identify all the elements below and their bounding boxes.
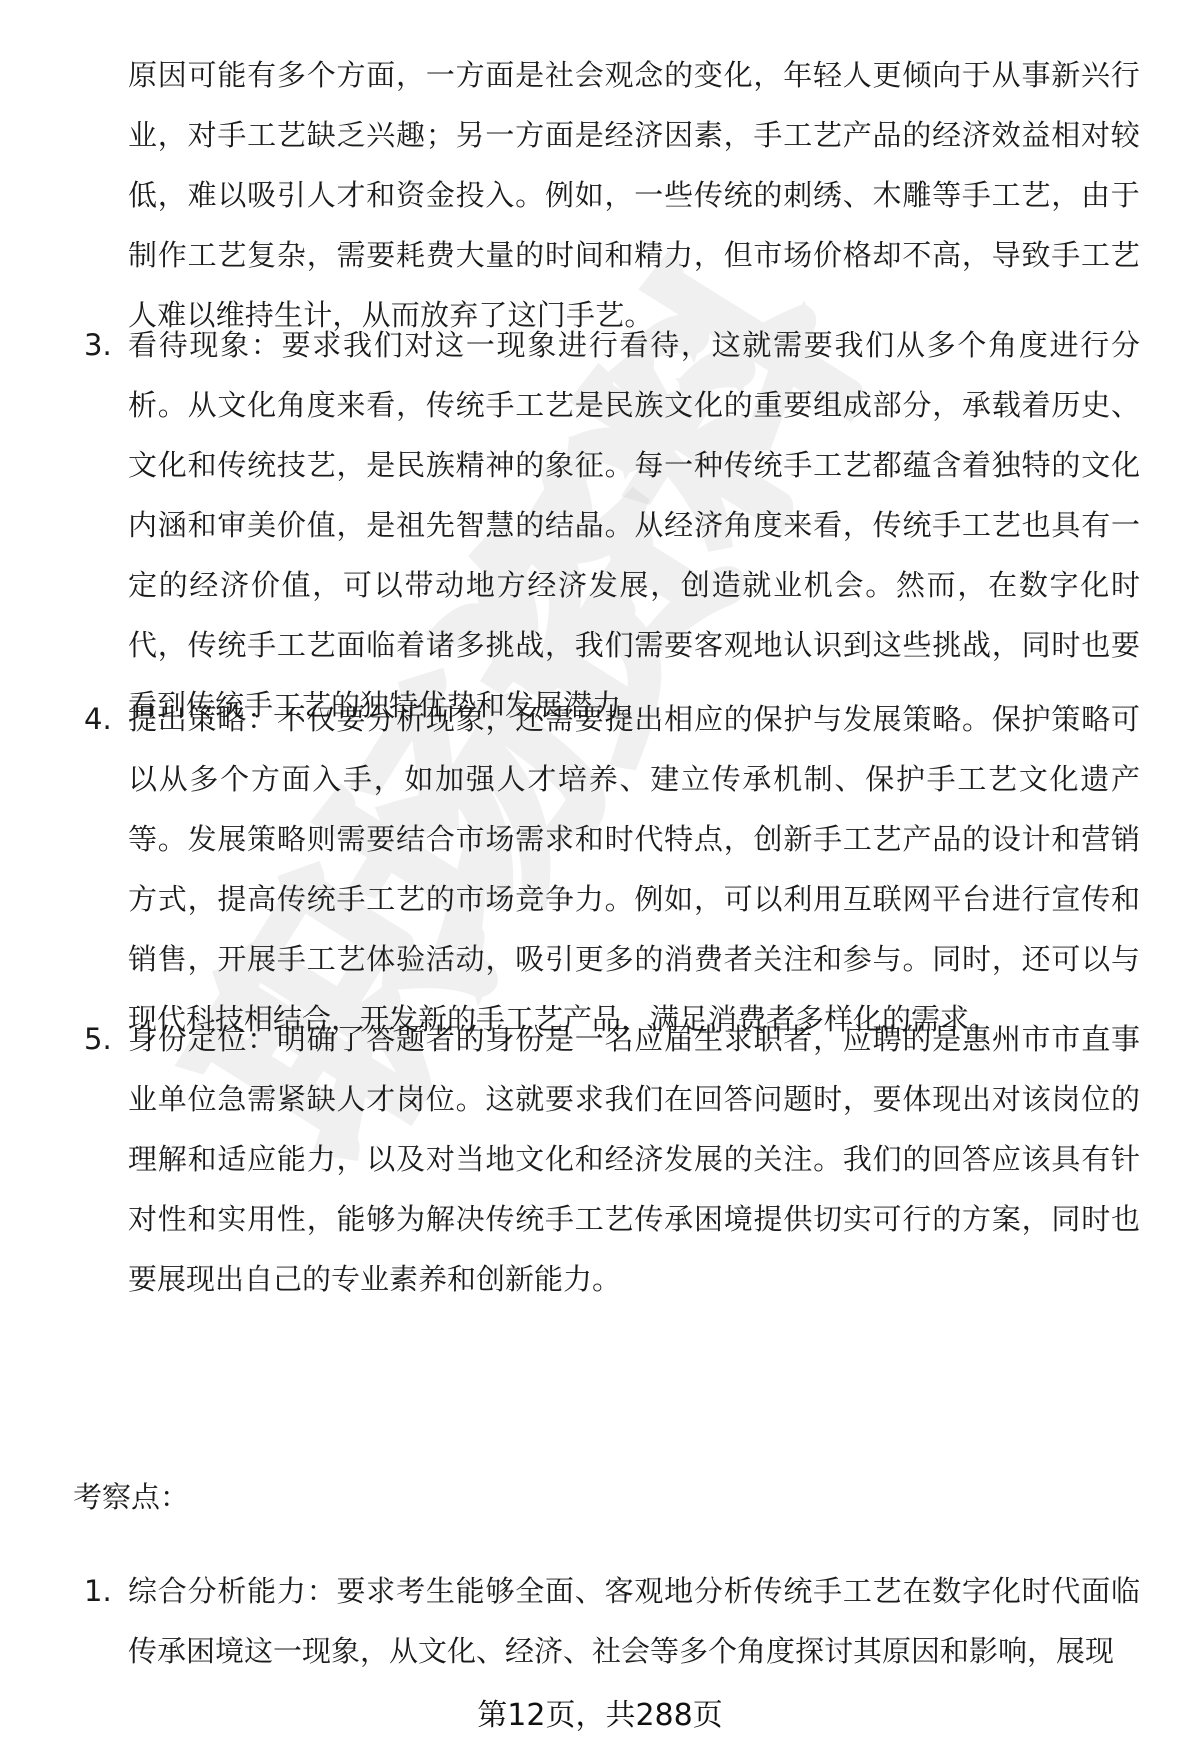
list-item-text: 提出策略：不仅要分析现象，还需要提出相应的保护与发展策略。保护策略可以从多个方面… xyxy=(128,689,1140,1049)
document-page: 职场资料 原因可能有多个方面，一方面是社会观念的变化，年轻人更倾向于从事新兴行业… xyxy=(0,0,1200,1755)
list-number: 5. xyxy=(84,1009,128,1069)
section-heading-assessment-points: 考察点： xyxy=(73,1467,189,1527)
list-item-4: 4. 提出策略：不仅要分析现象，还需要提出相应的保护与发展策略。保护策略可以从多… xyxy=(84,689,1140,1049)
list-number: 4. xyxy=(84,689,128,749)
continuation-paragraph: 原因可能有多个方面，一方面是社会观念的变化，年轻人更倾向于从事新兴行业，对手工艺… xyxy=(128,45,1140,345)
page-indicator: 第12页，共288页 xyxy=(0,1686,1200,1746)
list-item-text: 综合分析能力：要求考生能够全面、客观地分析传统手工艺在数字化时代面临传承困境这一… xyxy=(128,1561,1140,1681)
list-number: 1. xyxy=(84,1561,128,1621)
assessment-item-1: 1. 综合分析能力：要求考生能够全面、客观地分析传统手工艺在数字化时代面临传承困… xyxy=(84,1561,1140,1681)
list-number: 3. xyxy=(84,315,128,375)
list-item-text: 看待现象：要求我们对这一现象进行看待，这就需要我们从多个角度进行分析。从文化角度… xyxy=(128,315,1140,735)
list-item-text: 身份定位：明确了答题者的身份是一名应届生求职者，应聘的是惠州市市直事业单位急需紧… xyxy=(128,1009,1140,1309)
list-item-5: 5. 身份定位：明确了答题者的身份是一名应届生求职者，应聘的是惠州市市直事业单位… xyxy=(84,1009,1140,1309)
list-item-3: 3. 看待现象：要求我们对这一现象进行看待，这就需要我们从多个角度进行分析。从文… xyxy=(84,315,1140,735)
